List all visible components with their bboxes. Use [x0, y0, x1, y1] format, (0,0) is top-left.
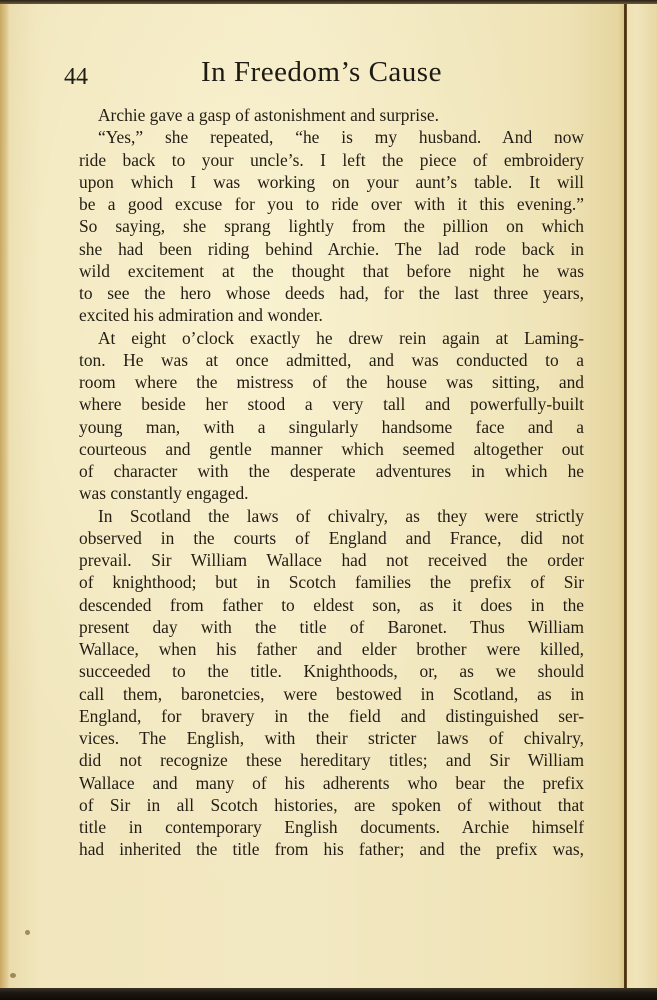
text-line: of character with the desperate adventur… [79, 460, 584, 482]
text-line: ride back to your uncle’s. I left the pi… [79, 149, 584, 171]
text-line: room where the mistress of the house was… [79, 371, 584, 393]
text-line: where beside her stood a very tall and p… [79, 393, 584, 415]
text-line: So saying, she sprang lightly from the p… [79, 215, 584, 237]
text-line: vices. The English, with their stricter … [79, 727, 584, 749]
text-line: excited his admiration and wonder. [79, 304, 584, 326]
text-line: of Sir in all Scotch histories, are spok… [79, 794, 584, 816]
text-line: Wallace and many of his adherents who be… [79, 772, 584, 794]
text-line: In Scotland the laws of chivalry, as the… [79, 505, 584, 527]
adjacent-page-strip [627, 4, 657, 988]
text-line: to see the hero whose deeds had, for the… [79, 282, 584, 304]
page-number: 44 [64, 64, 88, 91]
text-line: wild excitement at the thought that befo… [79, 260, 584, 282]
page-top-edge [0, 0, 657, 4]
text-line: of knighthood; but in Scotch families th… [79, 571, 584, 593]
text-line: observed in the courts of England and Fr… [79, 527, 584, 549]
text-line: prevail. Sir William Wallace had not rec… [79, 549, 584, 571]
text-line: Archie gave a gasp of astonishment and s… [79, 104, 584, 126]
text-line: had inherited the title from his father;… [79, 838, 584, 860]
foxing-spot [10, 973, 16, 978]
text-line: descended from father to eldest son, as … [79, 594, 584, 616]
text-line: upon which I was working on your aunt’s … [79, 171, 584, 193]
text-line: title in contemporary English documents.… [79, 816, 584, 838]
text-line: succeeded to the title. Knighthoods, or,… [79, 660, 584, 682]
text-line: young man, with a singularly handsome fa… [79, 416, 584, 438]
body-text: Archie gave a gasp of astonishment and s… [79, 104, 584, 861]
running-head: 44 In Freedom’s Cause [44, 56, 584, 96]
text-line: England, for bravery in the field and di… [79, 705, 584, 727]
text-line: she had been riding behind Archie. The l… [79, 238, 584, 260]
running-title: In Freedom’s Cause [201, 56, 501, 89]
text-line: was constantly engaged. [79, 482, 584, 504]
text-line: courteous and gentle manner which seemed… [79, 438, 584, 460]
text-line: present day with the title of Baronet. T… [79, 616, 584, 638]
text-line: Wallace, when his father and elder broth… [79, 638, 584, 660]
page-left-edge [0, 3, 9, 988]
text-line: ton. He was at once admitted, and was co… [79, 349, 584, 371]
foxing-spot [25, 930, 30, 935]
text-line: did not recognize these hereditary title… [79, 749, 584, 771]
text-line: “Yes,” she repeated, “he is my husband. … [79, 126, 584, 148]
text-line: call them, baronetcies, were bestowed in… [79, 683, 584, 705]
text-line: be a good excuse for you to ride over wi… [79, 193, 584, 215]
page-bottom-edge [0, 988, 657, 1000]
text-line: At eight o’clock exactly he drew rein ag… [79, 327, 584, 349]
